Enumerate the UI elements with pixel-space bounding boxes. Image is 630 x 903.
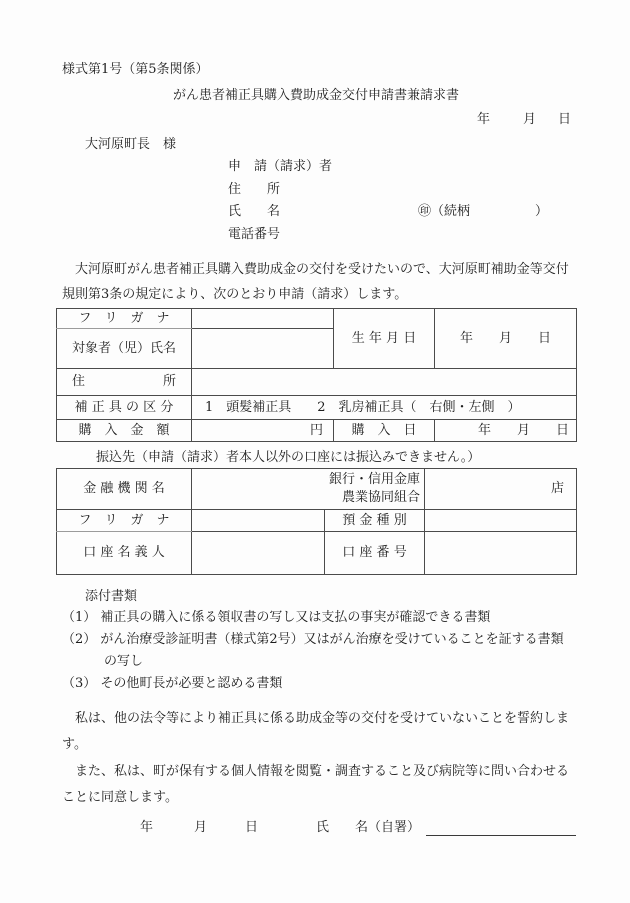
- date-month-label: 月: [523, 112, 536, 127]
- address-input-cell: [192, 369, 577, 396]
- furigana-input-cell: [192, 309, 334, 329]
- signature-name-label: 氏 名（自署）: [316, 818, 420, 838]
- intro-paragraph: 大河原町がん患者補正具購入費助成金の交付を受けたいので、大河原町補助金等交付規則…: [62, 257, 576, 307]
- purchase-date-label-cell: 購 入 日: [334, 420, 435, 442]
- signature-underline: [426, 819, 576, 836]
- applicant-address-label: 住 所: [228, 179, 576, 202]
- address-label-cell: 住 所: [57, 369, 192, 396]
- signature-row: 年月日氏 名（自署）: [140, 818, 576, 838]
- account-furigana-label-cell: フ リ ガ ナ: [57, 510, 192, 532]
- target-name-label-cell: 対象者（児）氏名: [57, 329, 192, 369]
- attachment-item-2: （2） がん治療受診証明書（様式第2号）又はがん治療を受けていることを証する書類…: [62, 629, 576, 673]
- form-number: 様式第1号（第5条関係）: [62, 62, 576, 78]
- signature-year-label: 年: [140, 818, 153, 838]
- furigana-label-cell: フ リ ガ ナ: [57, 309, 192, 329]
- applicant-name-line: 氏 名㊞（続柄 ）: [228, 201, 576, 224]
- deposit-type-input-cell: [425, 510, 577, 532]
- category-options-cell: 1 頭髪補正具 2 乳房補正具（ 右側・左側 ）: [192, 396, 577, 420]
- amount-input-cell: 円: [192, 420, 334, 442]
- signature-day-label: 日: [245, 818, 258, 838]
- bank-account-table: 金 融 機 関 名 銀行・信用金庫 農業協同組合 店 フ リ ガ ナ 預 金 種…: [56, 468, 577, 575]
- date-day-label: 日: [558, 112, 571, 127]
- date-line: 年月日: [56, 112, 576, 128]
- branch-input-cell: 店: [425, 469, 577, 510]
- birthdate-value-cell: 年 月 日: [435, 309, 577, 369]
- attachment-item-3: （3） その他町長が必要と認める書類: [62, 673, 576, 695]
- target-name-input-cell: [192, 329, 334, 369]
- pledge-paragraph-2: また、私は、町が保有する個人情報を閲覧・調査すること及び病院等に問い合わせること…: [62, 759, 576, 811]
- applicant-info-table: フ リ ガ ナ 生 年 月 日 年 月 日 対象者（児）氏名 住 所 補 正 具…: [56, 308, 577, 442]
- holder-label-cell: 口 座 名 義 人: [57, 532, 192, 575]
- document-page: 様式第1号（第5条関係） がん患者補正具購入費助成金交付申請書兼請求書 年月日 …: [0, 0, 630, 903]
- signature-month-label: 月: [194, 818, 207, 838]
- seal-mark: ㊞（続柄 ）: [418, 204, 548, 219]
- category-label-cell: 補 正 具 の 区 分: [57, 396, 192, 420]
- attachments-section: 添付書類 （1） 補正具の購入に係る領収書の写し又は支払の事実が確認できる書類 …: [56, 587, 576, 695]
- applicant-heading: 申 請（請求）者: [228, 156, 576, 179]
- amount-label-cell: 購 入 金 額: [57, 420, 192, 442]
- attachment-item-1: （1） 補正具の購入に係る領収書の写し又は支払の事実が確認できる書類: [62, 607, 576, 629]
- attachments-heading: 添付書類: [85, 587, 576, 607]
- bank-name-input-cell: 銀行・信用金庫 農業協同組合: [192, 469, 425, 510]
- account-number-input-cell: [425, 532, 577, 575]
- purchase-date-value-cell: 年 月 日: [435, 420, 577, 442]
- pledge-paragraph-1: 私は、他の法令等により補正具に係る助成金等の交付を受けていないことを誓約します。: [62, 706, 576, 758]
- page-title: がん患者補正具購入費助成金交付申請書兼請求書: [56, 88, 576, 104]
- account-furigana-input-cell: [192, 510, 325, 532]
- applicant-phone-label: 電話番号: [228, 224, 576, 247]
- account-number-label-cell: 口 座 番 号: [325, 532, 425, 575]
- date-year-label: 年: [477, 112, 490, 127]
- holder-input-cell: [192, 532, 325, 575]
- applicant-block: 申 請（請求）者 住 所 氏 名㊞（続柄 ） 電話番号: [228, 156, 576, 246]
- applicant-name-label: 氏 名: [228, 204, 280, 219]
- deposit-type-label-cell: 預 金 種 別: [325, 510, 425, 532]
- bank-type-line1: 銀行・信用金庫: [196, 471, 420, 489]
- addressee: 大河原町長 様: [85, 137, 576, 153]
- bank-type-line2: 農業協同組合: [196, 489, 420, 507]
- pledges-section: 私は、他の法令等により補正具に係る助成金等の交付を受けていないことを誓約します。…: [56, 706, 576, 811]
- bank-label-cell: 金 融 機 関 名: [57, 469, 192, 510]
- birthdate-label-cell: 生 年 月 日: [334, 309, 435, 369]
- transfer-note: 振込先（申請（請求）者本人以外の口座には振込みできません。）: [96, 449, 576, 467]
